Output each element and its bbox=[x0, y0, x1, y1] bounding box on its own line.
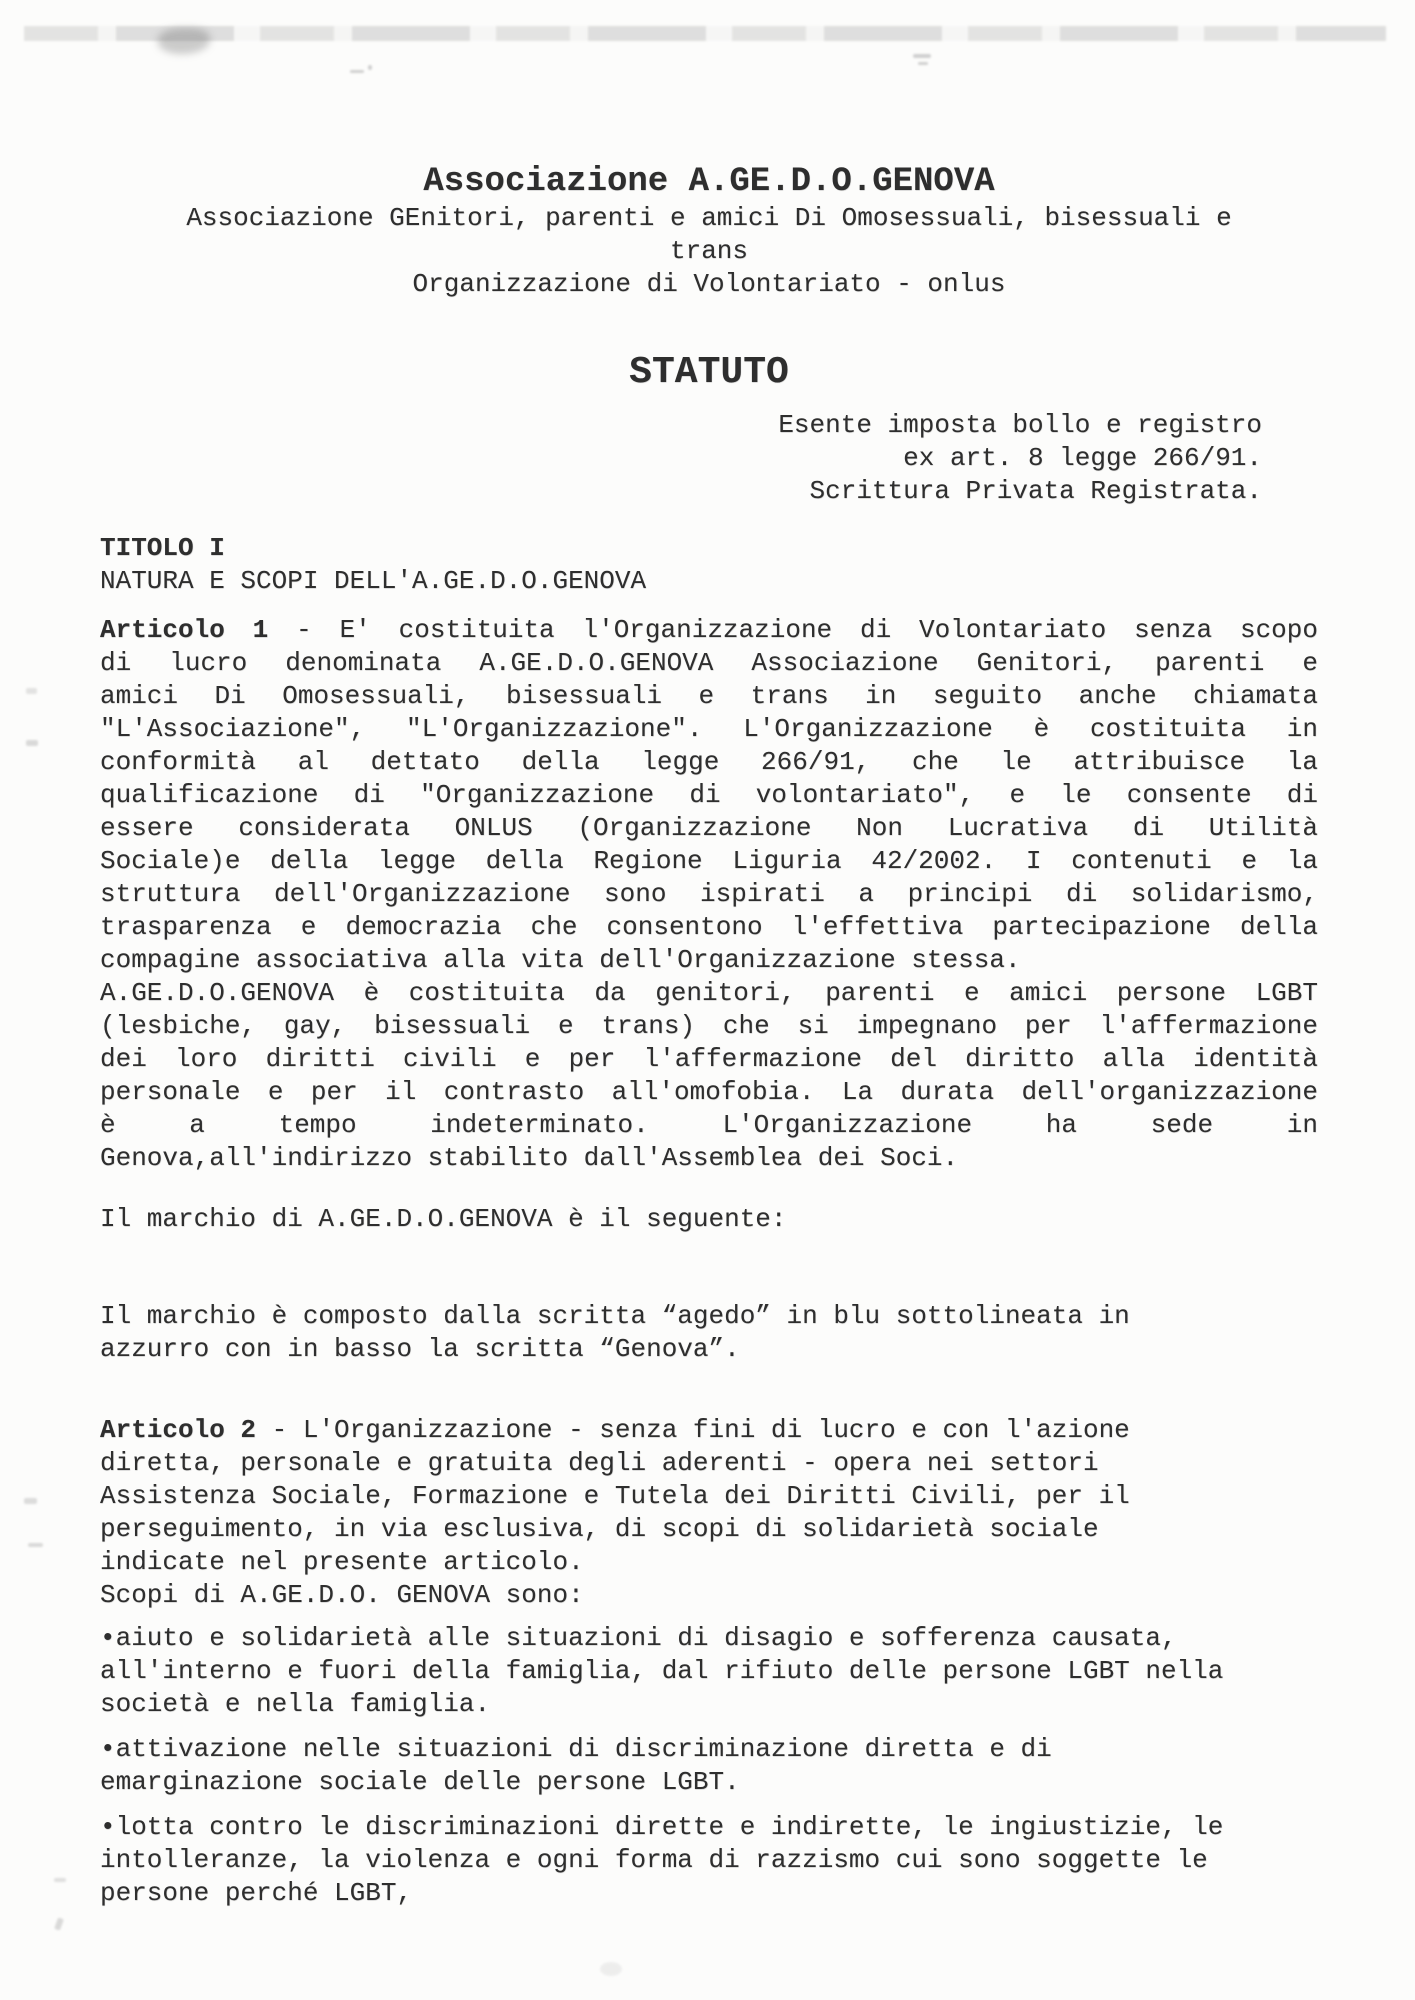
text-line: amici Di Omosessuali, bisessuali e trans… bbox=[100, 680, 1318, 713]
text-line: persone perché LGBT, bbox=[100, 1877, 1318, 1910]
text-line: Esente imposta bollo e registro bbox=[100, 409, 1262, 442]
text-line: diretta, personale e gratuita degli ader… bbox=[100, 1447, 1318, 1480]
marchio-description: Il marchio è composto dalla scritta “age… bbox=[100, 1300, 1318, 1366]
header-subtitle-line-3: Organizzazione di Volontariato - onlus bbox=[100, 268, 1318, 301]
text-line: Assistenza Sociale, Formazione e Tutela … bbox=[100, 1480, 1318, 1513]
text-line: compagine associativa alla vita dell'Org… bbox=[100, 944, 1318, 977]
text-line: "L'Associazione", "L'Organizzazione". L'… bbox=[100, 713, 1318, 746]
text-line: Articolo 2 - L'Organizzazione - senza fi… bbox=[100, 1414, 1318, 1447]
header-subtitle-line-1: Associazione GEnitori, parenti e amici D… bbox=[100, 202, 1318, 235]
text-line: è a tempo indeterminato. L'Organizzazion… bbox=[100, 1109, 1318, 1142]
article1-paragraph-1: Articolo 1 - E' costituita l'Organizzazi… bbox=[100, 614, 1318, 977]
text-line: perseguimento, in via esclusiva, di scop… bbox=[100, 1513, 1318, 1546]
text-line: A.GE.D.O.GENOVA è costituita da genitori… bbox=[100, 977, 1318, 1010]
text-line: indicate nel presente articolo. bbox=[100, 1546, 1318, 1579]
text-line: dei loro diritti civili e per l'affermaz… bbox=[100, 1043, 1318, 1076]
scopi-bullet-2: •attivazione nelle situazioni di discrim… bbox=[100, 1733, 1318, 1799]
marchio-intro: Il marchio di A.GE.D.O.GENOVA è il segue… bbox=[100, 1203, 1318, 1236]
article2-paragraph: Articolo 2 - L'Organizzazione - senza fi… bbox=[100, 1414, 1318, 1612]
scopi-bullet-3: •lotta contro le discriminazioni dirette… bbox=[100, 1811, 1318, 1910]
titolo-heading: TITOLO I bbox=[100, 532, 1318, 565]
text-line: società e nella famiglia. bbox=[100, 1688, 1318, 1721]
document-title: Associazione A.GE.D.O.GENOVA bbox=[100, 162, 1318, 202]
text-line: (lesbiche, gay, bisessuali e trans) che … bbox=[100, 1010, 1318, 1043]
text-line: Scopi di A.GE.D.O. GENOVA sono: bbox=[100, 1579, 1318, 1612]
text-line: Scrittura Privata Registrata. bbox=[100, 475, 1262, 508]
titolo-subheading: NATURA E SCOPI DELL'A.GE.D.O.GENOVA bbox=[100, 565, 1318, 598]
logo-space bbox=[100, 1236, 1318, 1300]
statuto-heading: STATUTO bbox=[100, 351, 1318, 395]
text-line: Sociale)e della legge della Regione Ligu… bbox=[100, 845, 1318, 878]
text-line: struttura dell'Organizzazione sono ispir… bbox=[100, 878, 1318, 911]
text-line: emarginazione sociale delle persone LGBT… bbox=[100, 1766, 1318, 1799]
text-line: di lucro denominata A.GE.D.O.GENOVA Asso… bbox=[100, 647, 1318, 680]
text-line: all'interno e fuori della famiglia, dal … bbox=[100, 1655, 1318, 1688]
scopi-bullet-1: •aiuto e solidarietà alle situazioni di … bbox=[100, 1622, 1318, 1721]
scan-speck bbox=[54, 1917, 64, 1930]
text-line: trasparenza e democrazia che consentono … bbox=[100, 911, 1318, 944]
text-line: Genova,all'indirizzo stabilito dall'Asse… bbox=[100, 1142, 1318, 1175]
document-content: Associazione A.GE.D.O.GENOVA Associazion… bbox=[0, 0, 1415, 1910]
header-subtitle-line-2: trans bbox=[100, 235, 1318, 268]
text-line: intolleranze, la violenza e ogni forma d… bbox=[100, 1844, 1318, 1877]
text-line: •attivazione nelle situazioni di discrim… bbox=[100, 1733, 1318, 1766]
text-line: ex art. 8 legge 266/91. bbox=[100, 442, 1262, 475]
text-line: •lotta contro le discriminazioni dirette… bbox=[100, 1811, 1318, 1844]
text-line: essere considerata ONLUS (Organizzazione… bbox=[100, 812, 1318, 845]
stamp-note: Esente imposta bollo e registroex art. 8… bbox=[100, 409, 1318, 508]
page: Associazione A.GE.D.O.GENOVA Associazion… bbox=[0, 0, 1415, 2000]
text-line: Articolo 1 - E' costituita l'Organizzazi… bbox=[100, 614, 1318, 647]
text-line: qualificazione di "Organizzazione di vol… bbox=[100, 779, 1318, 812]
text-line: conformità al dettato della legge 266/91… bbox=[100, 746, 1318, 779]
text-line: personale e per il contrasto all'omofobi… bbox=[100, 1076, 1318, 1109]
text-line: azzurro con in basso la scritta “Genova”… bbox=[100, 1333, 1318, 1366]
text-line: •aiuto e solidarietà alle situazioni di … bbox=[100, 1622, 1318, 1655]
scan-speck bbox=[600, 1962, 622, 1976]
article1-paragraph-2: A.GE.D.O.GENOVA è costituita da genitori… bbox=[100, 977, 1318, 1175]
text-line: Il marchio è composto dalla scritta “age… bbox=[100, 1300, 1318, 1333]
